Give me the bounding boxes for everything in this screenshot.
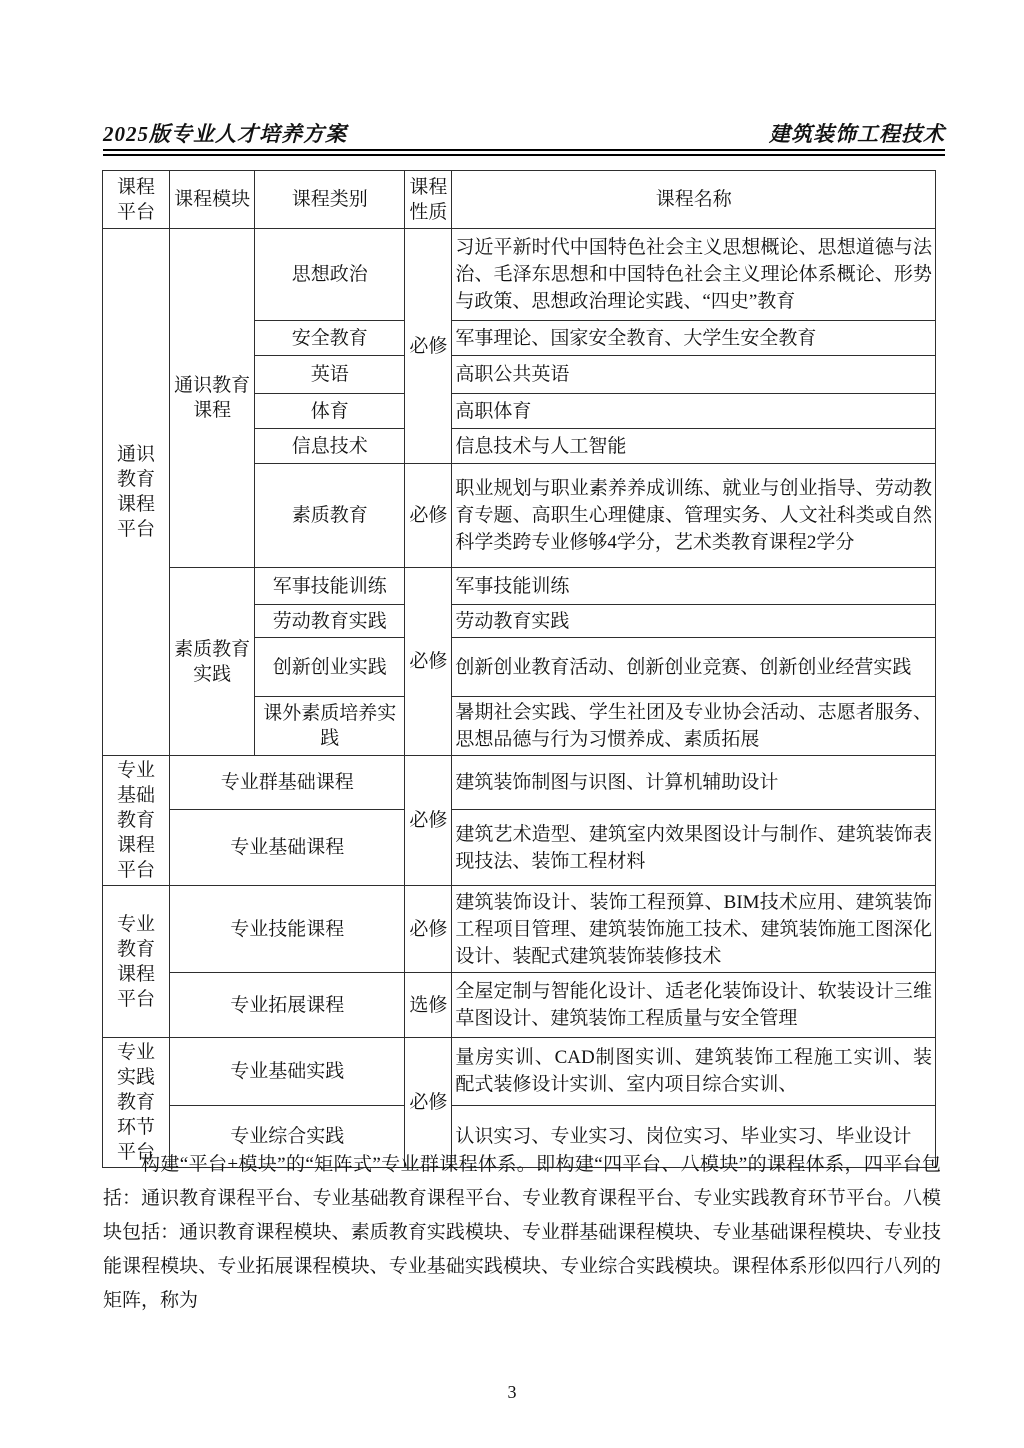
header-cell-category: 课程类别 [255, 171, 405, 229]
courses-cell: 建筑艺术造型、建筑室内效果图设计与制作、建筑装饰表现技法、装饰工程材料 [452, 810, 936, 886]
table-row: 专业拓展课程 选修 全屋定制与智能化设计、适老化装饰设计、软装设计三维草图设计、… [103, 973, 936, 1038]
module-cell: 通识教育 课程 [170, 229, 255, 568]
category-cell: 安全教育 [255, 321, 405, 356]
platform-cell: 专业 教育 课程 平台 [103, 886, 170, 1038]
table-row: 专业 实践 教育 环节 平台 专业基础实践 必修 量房实训、CAD制图实训、建筑… [103, 1038, 936, 1106]
courses-cell: 军事技能训练 [452, 568, 936, 605]
category-cell: 军事技能训练 [255, 568, 405, 605]
category-cell: 英语 [255, 356, 405, 394]
category-cell: 劳动教育实践 [255, 605, 405, 638]
courses-cell: 高职公共英语 [452, 356, 936, 394]
header-left-title: 2025版专业人才培养方案 [103, 118, 347, 148]
courses-cell: 建筑装饰制图与识图、计算机辅助设计 [452, 756, 936, 810]
category-cell: 素质教育 [255, 464, 405, 568]
platform-cell: 专业 基础 教育 课程 平台 [103, 756, 170, 886]
courses-cell: 高职体育 [452, 394, 936, 429]
category-cell: 信息技术 [255, 429, 405, 464]
header-cell-name: 课程名称 [452, 171, 936, 229]
nature-cell: 必修 [405, 568, 452, 756]
header-cell-nature: 课程 性质 [405, 171, 452, 229]
category-cell: 创新创业实践 [255, 638, 405, 697]
category-cell: 专业技能课程 [170, 886, 405, 973]
nature-cell: 必修 [405, 229, 452, 464]
courses-cell: 军事理论、国家安全教育、大学生安全教育 [452, 321, 936, 356]
courses-cell: 量房实训、CAD制图实训、建筑装饰工程施工实训、装配式装修设计实训、室内项目综合… [452, 1038, 936, 1106]
document-page: 2025版专业人才培养方案 建筑装饰工程技术 课程 平台 课程模块 课程类别 课… [0, 0, 1024, 1448]
category-cell: 课外素质培养实践 [255, 697, 405, 756]
curriculum-structure-table: 课程 平台 课程模块 课程类别 课程 性质 课程名称 通识 教育 课程 平台 通… [102, 170, 936, 1168]
page-header: 2025版专业人才培养方案 建筑装饰工程技术 [103, 118, 945, 148]
category-cell: 思想政治 [255, 229, 405, 321]
nature-cell: 必修 [405, 756, 452, 886]
table-header-row: 课程 平台 课程模块 课程类别 课程 性质 课程名称 [103, 171, 936, 229]
category-cell: 专业基础实践 [170, 1038, 405, 1106]
table-row: 素质教育 实践 军事技能训练 必修 军事技能训练 [103, 568, 936, 605]
header-cell-platform: 课程 平台 [103, 171, 170, 229]
table-row: 专业 基础 教育 课程 平台 专业群基础课程 必修 建筑装饰制图与识图、计算机辅… [103, 756, 936, 810]
table-row: 通识 教育 课程 平台 通识教育 课程 思想政治 必修 习近平新时代中国特色社会… [103, 229, 936, 321]
header-right-title: 建筑装饰工程技术 [769, 118, 945, 148]
courses-cell: 创新创业教育活动、创新创业竞赛、创新创业经营实践 [452, 638, 936, 697]
courses-cell: 建筑装饰设计、装饰工程预算、BIM技术应用、建筑装饰工程项目管理、建筑装饰施工技… [452, 886, 936, 973]
category-cell: 专业拓展课程 [170, 973, 405, 1038]
courses-cell: 信息技术与人工智能 [452, 429, 936, 464]
category-cell: 专业基础课程 [170, 810, 405, 886]
courses-cell: 暑期社会实践、学生社团及专业协会活动、志愿者服务、思想品德与行为习惯养成、素质拓… [452, 697, 936, 756]
header-double-rule [103, 149, 945, 156]
category-cell: 体育 [255, 394, 405, 429]
body-paragraph: 构建“平台+模块”的“矩阵式”专业群课程体系。即构建“四平台、八模块”的课程体系… [103, 1148, 941, 1318]
table-row: 专业 教育 课程 平台 专业技能课程 必修 建筑装饰设计、装饰工程预算、BIM技… [103, 886, 936, 973]
table-row: 专业基础课程 建筑艺术造型、建筑室内效果图设计与制作、建筑装饰表现技法、装饰工程… [103, 810, 936, 886]
courses-cell: 习近平新时代中国特色社会主义思想概论、思想道德与法治、毛泽东思想和中国特色社会主… [452, 229, 936, 321]
nature-cell: 必修 [405, 464, 452, 568]
platform-cell: 通识 教育 课程 平台 [103, 229, 170, 756]
courses-cell: 劳动教育实践 [452, 605, 936, 638]
header-cell-module: 课程模块 [170, 171, 255, 229]
module-cell: 素质教育 实践 [170, 568, 255, 756]
courses-cell: 全屋定制与智能化设计、适老化装饰设计、软装设计三维草图设计、建筑装饰工程质量与安… [452, 973, 936, 1038]
nature-cell: 选修 [405, 973, 452, 1038]
category-cell: 专业群基础课程 [170, 756, 405, 810]
courses-cell: 职业规划与职业素养养成训练、就业与创业指导、劳动教育专题、高职生心理健康、管理实… [452, 464, 936, 568]
nature-cell: 必修 [405, 886, 452, 973]
page-number: 3 [0, 1382, 1024, 1403]
